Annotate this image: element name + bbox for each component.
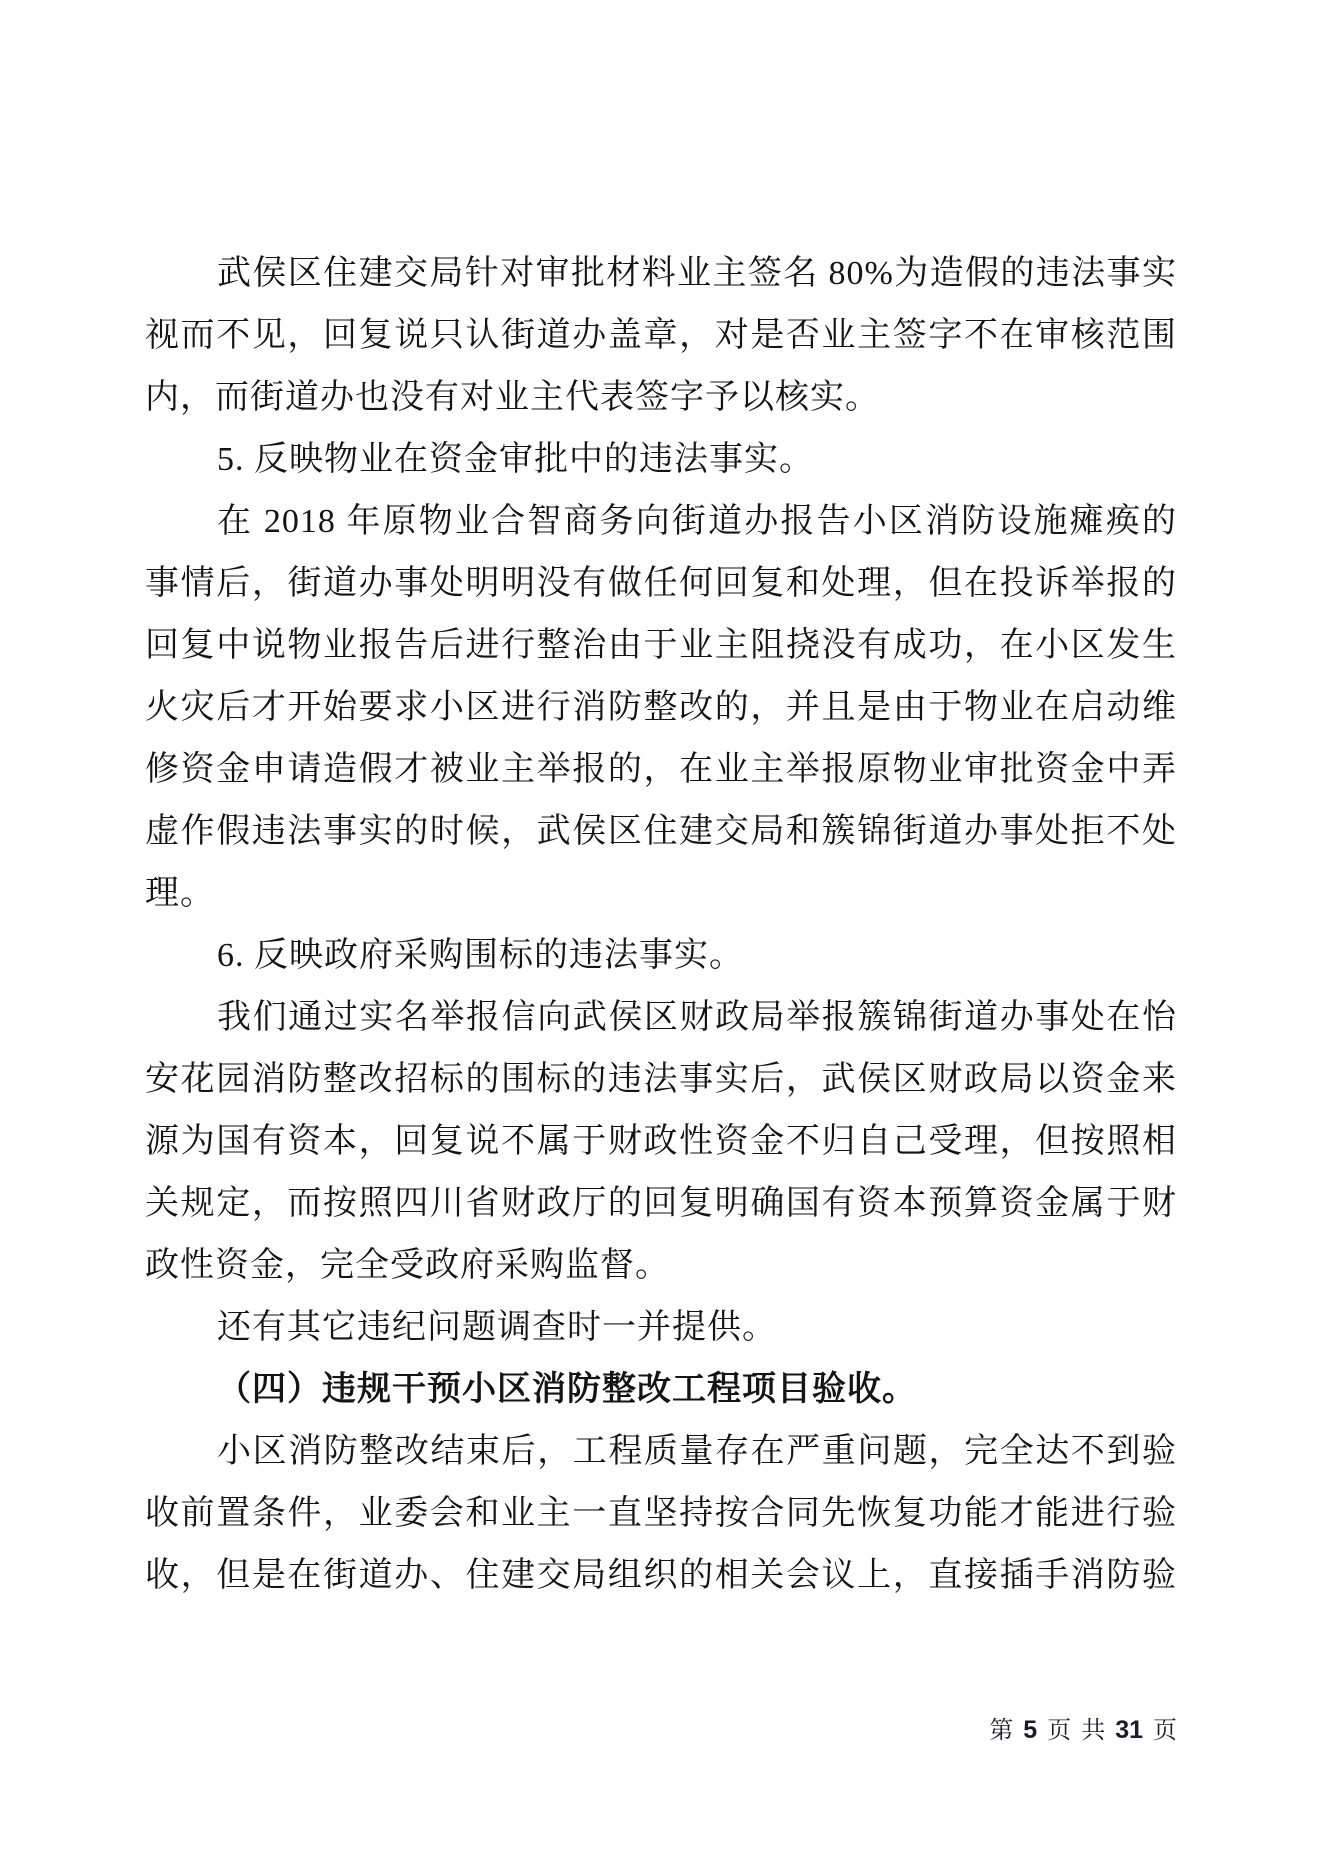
- footer-page-number: 5: [1023, 1716, 1037, 1744]
- text-line: 5. 反映物业在资金审批中的违法事实。: [145, 429, 1177, 491]
- document-page: 武侯区住建交局针对审批材料业主签名 80%为造假的违法事实视而不见，回复说只认街…: [0, 0, 1323, 1871]
- text-line: 理。: [145, 863, 1177, 925]
- text-line: 还有其它违纪问题调查时一并提供。: [145, 1297, 1177, 1359]
- text-line: 内，而街道办也没有对业主代表签字予以核实。: [145, 367, 1177, 429]
- footer-label: 第: [989, 1718, 1013, 1744]
- text-line: 收，但是在街道办、住建交局组织的相关会议上，直接插手消防验: [145, 1545, 1177, 1607]
- footer-label: 页: [1153, 1718, 1177, 1744]
- text-line: 回复中说物业报告后进行整治由于业主阻挠没有成功，在小区发生: [145, 615, 1177, 677]
- footer-label: 页: [1047, 1718, 1071, 1744]
- text-line: 修资金申请造假才被业主举报的，在业主举报原物业审批资金中弄: [145, 739, 1177, 801]
- text-line: 武侯区住建交局针对审批材料业主签名 80%为造假的违法事实: [145, 243, 1177, 305]
- text-line: 我们通过实名举报信向武侯区财政局举报簇锦街道办事处在怡: [145, 987, 1177, 1049]
- text-line: 政性资金，完全受政府采购监督。: [145, 1235, 1177, 1297]
- para-item-5-heading: 5. 反映物业在资金审批中的违法事实。: [145, 429, 1177, 491]
- para-item-6-heading: 6. 反映政府采购围标的违法事实。: [145, 925, 1177, 987]
- text-line: 源为国有资本，回复说不属于财政性资金不归自己受理，但按照相: [145, 1111, 1177, 1173]
- text-line: 6. 反映政府采购围标的违法事实。: [145, 925, 1177, 987]
- text-line: 事情后，街道办事处明明没有做任何回复和处理，但在投诉举报的: [145, 553, 1177, 615]
- text-line: 关规定，而按照四川省财政厅的回复明确国有资本预算资金属于财: [145, 1173, 1177, 1235]
- document-body: 武侯区住建交局针对审批材料业主签名 80%为造假的违法事实视而不见，回复说只认街…: [145, 243, 1177, 1607]
- para-section-4-heading: （四）违规干预小区消防整改工程项目验收。: [145, 1359, 1177, 1421]
- text-line: （四）违规干预小区消防整改工程项目验收。: [145, 1359, 1177, 1421]
- para-approval-signatures: 武侯区住建交局针对审批材料业主签名 80%为造假的违法事实视而不见，回复说只认街…: [145, 243, 1177, 429]
- text-line: 视而不见，回复说只认街道办盖章，对是否业主签字不在审核范围: [145, 305, 1177, 367]
- para-section-4-body: 小区消防整改结束后，工程质量存在严重问题，完全达不到验收前置条件，业委会和业主一…: [145, 1421, 1177, 1607]
- text-line: 在 2018 年原物业合智商务向街道办报告小区消防设施瘫痪的: [145, 491, 1177, 553]
- para-item-5-body: 在 2018 年原物业合智商务向街道办报告小区消防设施瘫痪的事情后，街道办事处明…: [145, 491, 1177, 925]
- text-line: 火灾后才开始要求小区进行消防整改的，并且是由于物业在启动维: [145, 677, 1177, 739]
- text-line: 收前置条件，业委会和业主一直坚持按合同先恢复功能才能进行验: [145, 1483, 1177, 1545]
- footer-label: 共: [1081, 1718, 1105, 1744]
- text-line: 小区消防整改结束后，工程质量存在严重问题，完全达不到验: [145, 1421, 1177, 1483]
- para-item-6-body: 我们通过实名举报信向武侯区财政局举报簇锦街道办事处在怡安花园消防整改招标的围标的…: [145, 987, 1177, 1297]
- footer-page-number: 31: [1115, 1716, 1143, 1744]
- para-other-issues: 还有其它违纪问题调查时一并提供。: [145, 1297, 1177, 1359]
- text-line: 虚作假违法事实的时候，武侯区住建交局和簇锦街道办事处拒不处: [145, 801, 1177, 863]
- text-line: 安花园消防整改招标的围标的违法事实后，武侯区财政局以资金来: [145, 1049, 1177, 1111]
- page-footer: 第5页共31页: [989, 1712, 1177, 1748]
